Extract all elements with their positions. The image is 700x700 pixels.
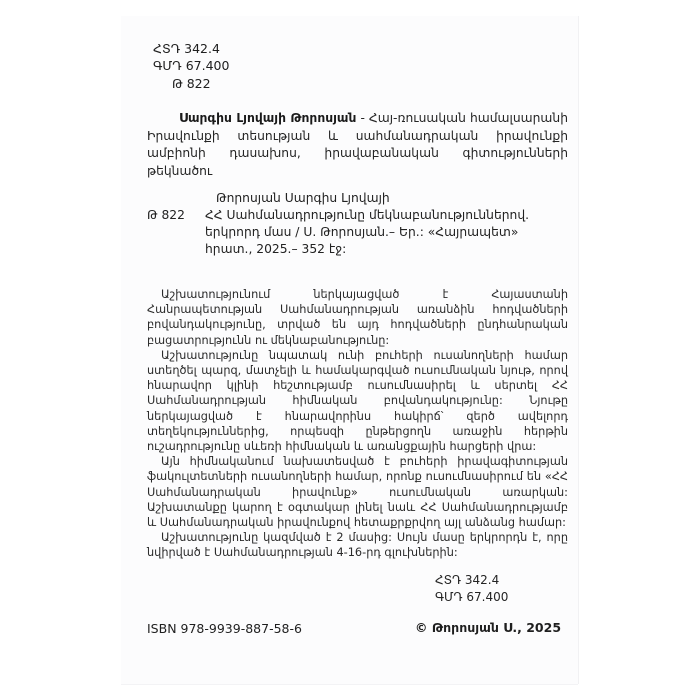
footer-gmd: ԳՄԴ 67.400 — [435, 589, 508, 606]
abstract-paragraph: Աշխատությունը կազմված է 2 մասից: Սույն մ… — [147, 530, 568, 560]
catalog-mark: Թ 822 — [147, 207, 185, 224]
catalog-author: Թորոսյան Սարգիս Լյովայի — [216, 190, 390, 207]
author-name: Սարգիս Լյովայի Թորոսյան — [179, 111, 356, 125]
catalog-line: ՀՀ Սահմանադրությունը մեկնաբանություններո… — [205, 207, 575, 224]
abstract-paragraph: Աշխատությունում ներկայացված է Հայաստանի … — [147, 287, 568, 348]
catalog-line: հրատ., 2025.– 352 էջ: — [205, 241, 575, 258]
abstract-paragraph: Աշխատությունը նպատակ ունի բուհերի ուսանո… — [147, 348, 568, 454]
copyright: © Թորոսյան Ս., 2025 — [415, 620, 561, 635]
abstract: Աշխատությունում ներկայացված է Հայաստանի … — [147, 287, 568, 561]
isbn: ISBN 978-9939-887-58-6 — [147, 621, 302, 636]
classification-hsd: ՀՏԴ 342.4 — [153, 40, 220, 57]
footer-hsd: ՀՏԴ 342.4 — [435, 572, 508, 589]
classification-gmd: ԳՄԴ 67.400 — [153, 57, 229, 74]
author-bio: Սարգիս Լյովայի Թորոսյան - Հայ-ռուսական հ… — [147, 110, 568, 180]
catalog-description: ՀՀ Սահմանադրությունը մեկնաբանություններո… — [205, 207, 575, 258]
abstract-paragraph: Այն հիմնականում նախատեսված է բուհերի իրա… — [147, 454, 568, 530]
catalog-line: երկրորդ մաս / Ս. Թորոսյան.– Եր.: «Հայրապ… — [205, 224, 575, 241]
author-mark: Թ 822 — [172, 75, 211, 92]
footer-classification: ՀՏԴ 342.4 ԳՄԴ 67.400 — [435, 572, 508, 605]
